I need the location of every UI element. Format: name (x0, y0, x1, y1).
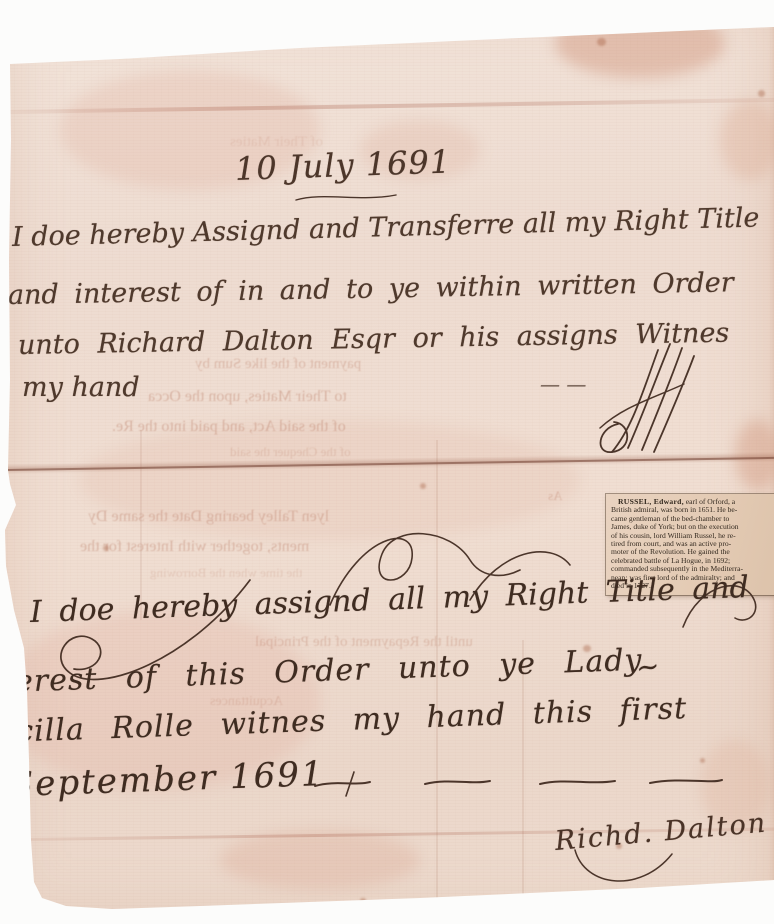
date-line: 10 July 1691 (234, 142, 451, 188)
foxing-spot (360, 898, 366, 903)
foxing-spot (90, 14, 97, 21)
foxing-spot (424, 20, 430, 26)
body-line-4: my hand (22, 372, 140, 403)
trailing-dashes (310, 770, 730, 800)
bleedthrough-text: ments, together with Interest for the (80, 538, 309, 556)
russell-signature (588, 332, 713, 462)
foxing-spot (700, 758, 705, 763)
foxing-spot (758, 90, 765, 97)
stain (720, 100, 774, 180)
bleedthrough-text: of the said Act, and paid into the Re. (112, 418, 346, 436)
stain (555, 8, 725, 78)
bleedthrough-text: lyen Talley bearing Date the same Dy (88, 508, 329, 526)
bleedthrough-text: of the Chequer the said (230, 444, 351, 460)
bleedthrough-text: payment of the like Sum by (195, 356, 361, 373)
foxing-spot (420, 483, 426, 489)
dalton-signature-flourish (560, 842, 690, 897)
date-underline-flourish (292, 190, 402, 204)
bleedthrough-text: to Their Maties, upon the Occa (148, 388, 347, 406)
bleedthrough-text: As (548, 488, 562, 504)
ink-tilde-mark: ~ (634, 649, 662, 685)
manuscript-paper: of Their Maties payment of the like Sum … (0, 0, 774, 924)
bleedthrough-text: until the Repayment of the Principal (255, 634, 473, 651)
foxing-spot (597, 38, 606, 46)
ink-dashes: — — (540, 372, 586, 396)
scan-background: of Their Maties payment of the like Sum … (0, 0, 774, 924)
stain (220, 830, 420, 890)
